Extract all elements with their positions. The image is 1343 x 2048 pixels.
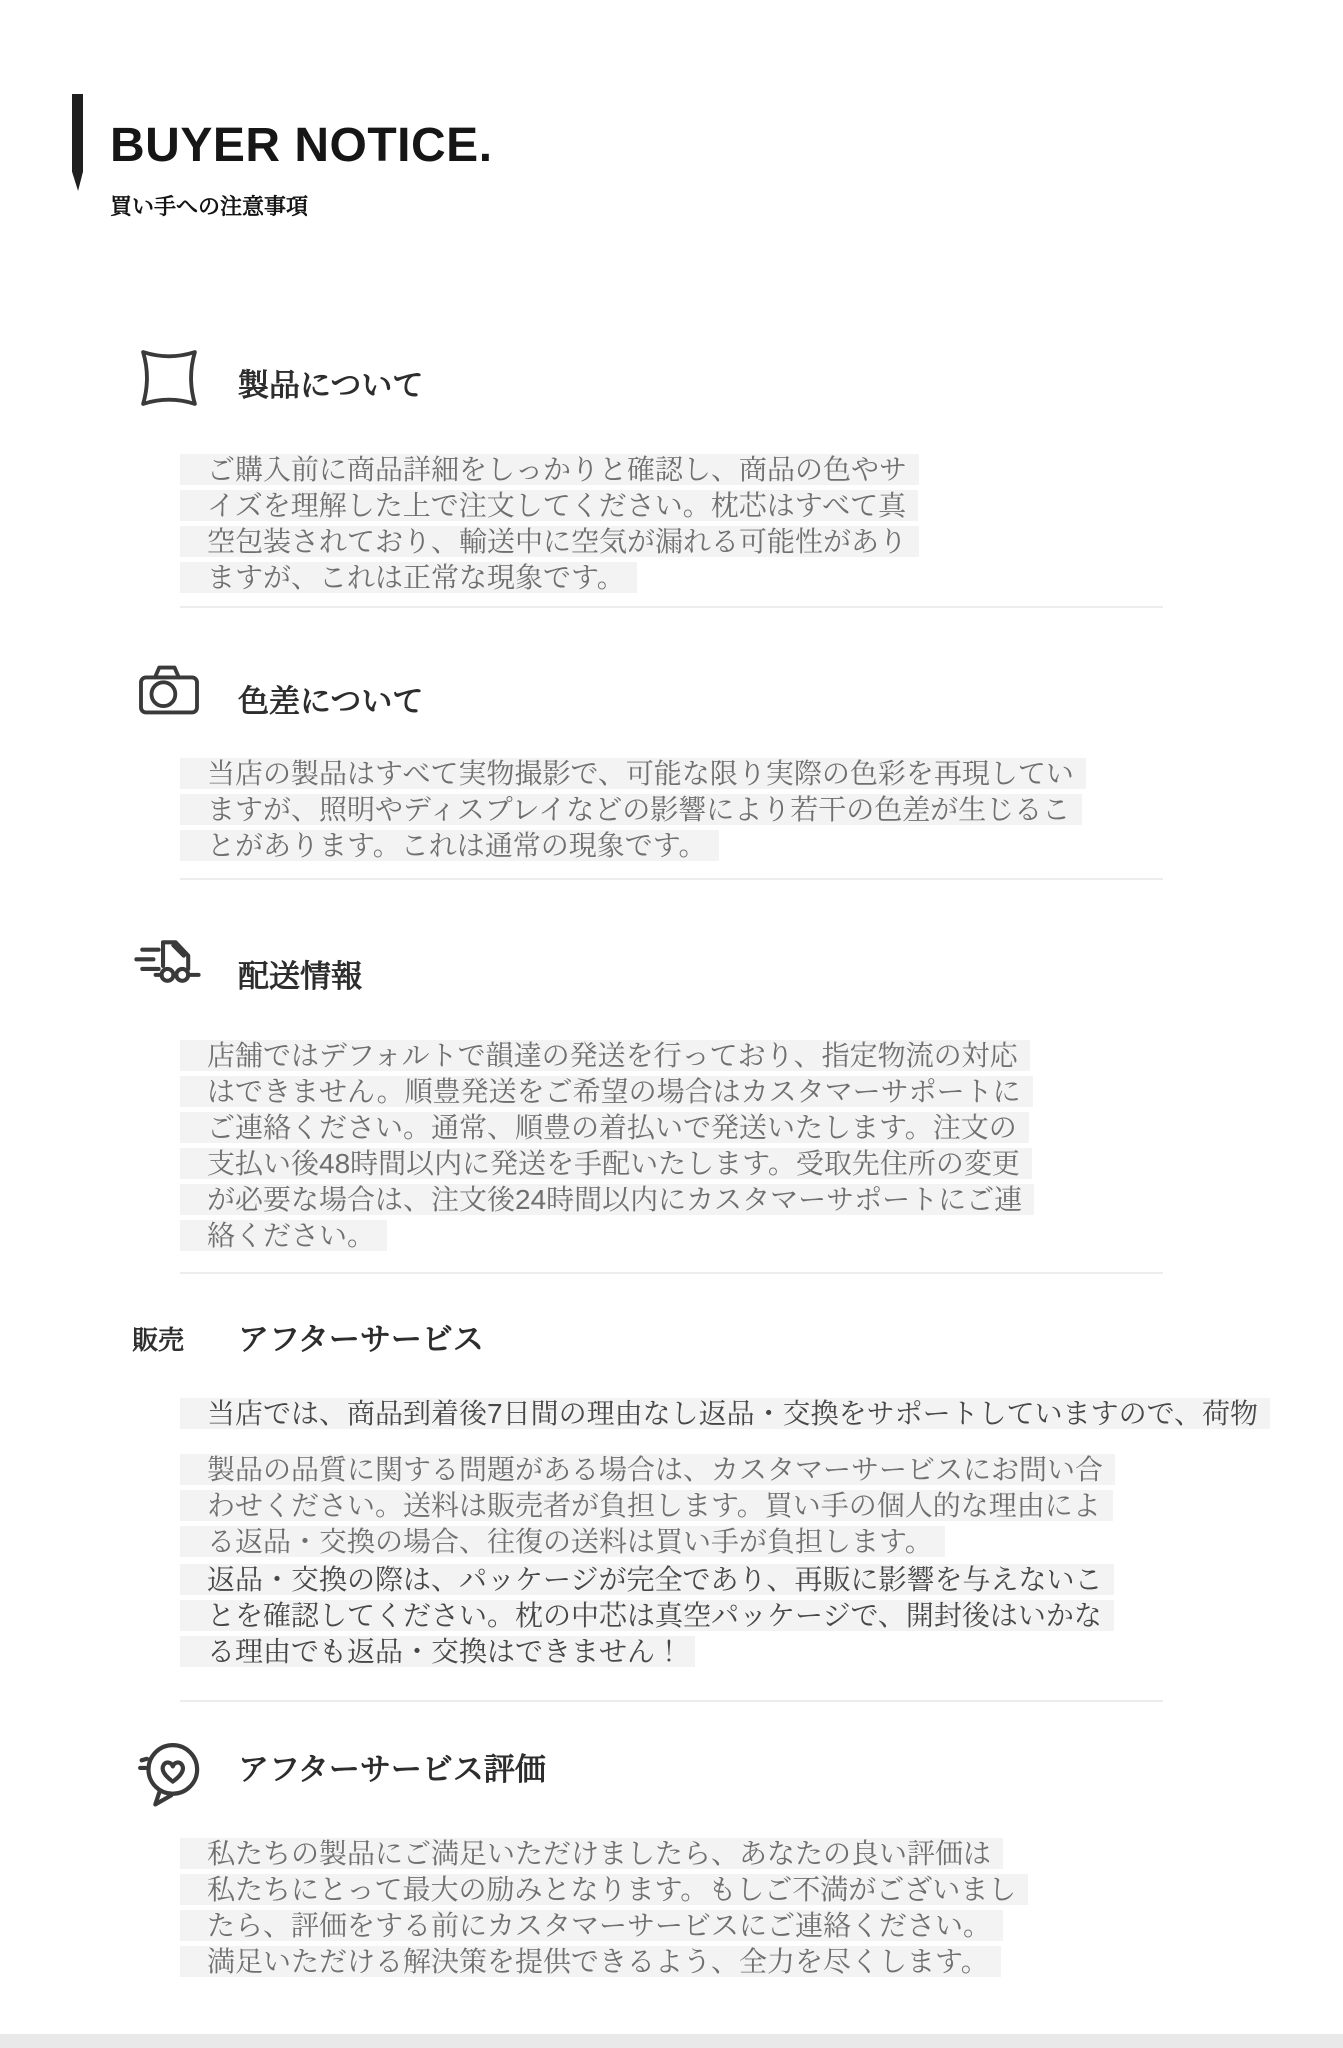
truck-icon [118,928,214,1004]
section-heading-shipping: 配送情報 [238,951,362,996]
page-subtitle: 買い手への注意事項 [110,190,308,221]
section-emphasis-aftersales: 返品・交換の際は、パッケージが完全であり、再販に影響を与えないことを確認してくだ… [180,1562,1343,1670]
section-divider [180,606,1163,608]
camera-icon [128,652,210,728]
section-heading-color: 色差について [238,676,423,721]
section-body-shipping: 店舗ではデフォルトで韻達の発送を行っており、指定物流の対応はできません。順豊発送… [180,1038,1343,1254]
aftersales-label: 販売 [132,1320,184,1357]
heart-bubble-icon [128,1736,210,1812]
buyer-notice-page: BUYER NOTICE. 買い手への注意事項 製品について ご購入前に商品詳細… [0,0,1343,2048]
section-body-product: ご購入前に商品詳細をしっかりと確認し、商品の色やサイズを理解した上で注文してくだ… [180,452,960,596]
section-heading-aftersales: アフターサービス [238,1314,484,1359]
section-body-aftersales: 製品の品質に関する問題がある場合は、カスタマーサービスにお問い合わせください。送… [180,1452,1343,1560]
section-divider [180,878,1163,880]
section-heading-product: 製品について [238,360,423,405]
section-heading-review: アフターサービス評価 [238,1744,546,1789]
page-title: BUYER NOTICE. [110,118,493,173]
section-body-color: 当店の製品はすべて実物撮影で、可能な限り実際の色彩を再現していますが、照明やディ… [180,756,1343,864]
title-accent-bar [72,94,83,191]
section-divider [180,1272,1163,1274]
section-divider [180,1700,1163,1702]
section-body-review: 私たちの製品にご満足いただけましたら、あなたの良い評価は私たちにとって最大の励み… [180,1836,1343,1980]
pillow-icon [128,340,210,416]
next-section-strip [0,2034,1343,2048]
section-intro-aftersales: 当店では、商品到着後7日間の理由なし返品・交換をサポートしていますので、荷物 [180,1396,1343,1432]
